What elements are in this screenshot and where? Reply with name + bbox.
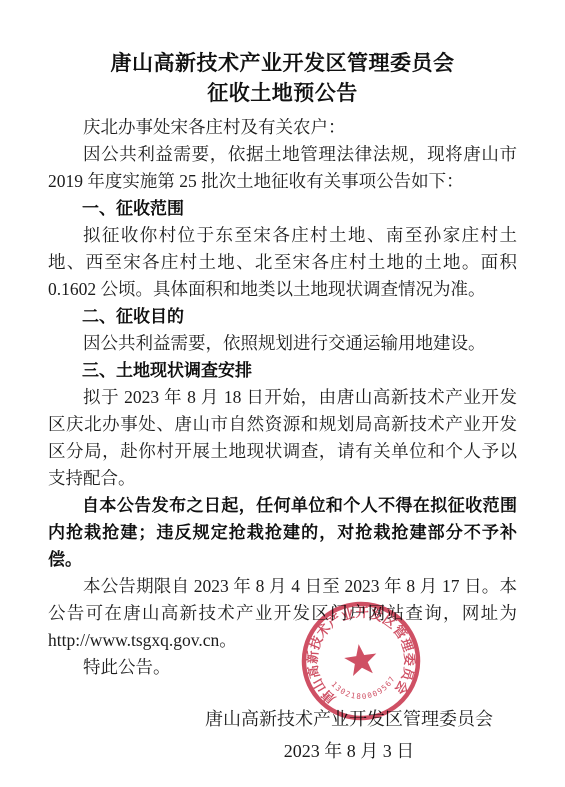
- section-heading-1: 一、征收范围: [48, 195, 517, 222]
- section-2-paragraph: 因公共利益需要，依照规划进行交通运输用地建设。: [48, 330, 517, 357]
- section-heading-2: 二、征收目的: [48, 303, 517, 330]
- salutation-line: 庆北办事处宋各庄村及有关农户：: [48, 114, 517, 141]
- document-title-line1: 唐山高新技术产业开发区管理委员会: [48, 48, 517, 78]
- notice-period-paragraph: 本公告期限自 2023 年 8 月 4 日至 2023 年 8 月 17 日。本…: [48, 573, 517, 654]
- intro-paragraph: 因公共利益需要，依据土地管理法律法规，现将唐山市 2019 年度实施第 25 批…: [48, 141, 517, 195]
- document-page: 唐山高新技术产业开发区管理委员会 征收土地预公告 庆北办事处宋各庄村及有关农户：…: [0, 0, 565, 787]
- warning-paragraph: 自本公告发布之日起，任何单位和个人不得在拟征收范围内抢栽抢建；违反规定抢栽抢建的…: [48, 492, 517, 573]
- section-3-paragraph: 拟于 2023 年 8 月 18 日开始，由唐山高新技术产业开发区庆北办事处、唐…: [48, 384, 517, 492]
- signature-date: 2023 年 8 月 3 日: [205, 737, 493, 765]
- signature-block: 唐山高新技术产业开发区管理委员会 2023 年 8 月 3 日: [48, 705, 517, 765]
- section-1-paragraph: 拟征收你村位于东至宋各庄村土地、南至孙家庄村土地、西至宋各庄村土地、北至宋各庄村…: [48, 222, 517, 303]
- signature-organization: 唐山高新技术产业开发区管理委员会: [205, 705, 493, 733]
- document-title-line2: 征收土地预公告: [48, 78, 517, 108]
- closing-line: 特此公告。: [48, 654, 517, 681]
- section-heading-3: 三、土地现状调查安排: [48, 357, 517, 384]
